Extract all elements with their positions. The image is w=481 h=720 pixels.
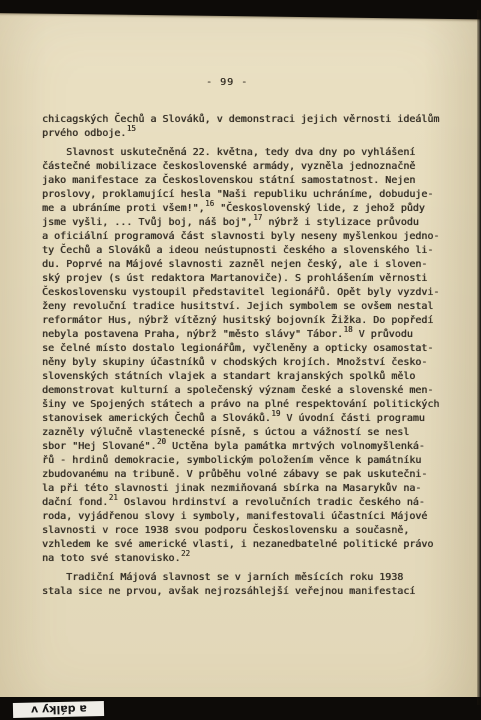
text-line: se čelné místo dostalo legionářům, vyčle… xyxy=(42,342,452,356)
footnote-ref: 15 xyxy=(127,124,136,133)
document-text: chicagských Čechů a Slováků, v demonstra… xyxy=(42,113,452,599)
text-line: nebyla postavena Praha, nýbrž "město slá… xyxy=(42,328,452,342)
text-line: Slavnost uskutečněná 22. května, tedy dv… xyxy=(42,146,452,160)
paragraph: Tradiční Májová slavnost se v jarních mě… xyxy=(42,571,452,599)
text-line: řů - hrdinů demokracie, symbolickým polo… xyxy=(42,454,452,468)
text-line: me a ubráníme proti všem!",16 "Českoslov… xyxy=(42,202,452,216)
text-line: du. Poprvé na Májové slavnosti zazněl ne… xyxy=(42,258,452,272)
text-line: ský projev (s úst redaktora Martanoviče)… xyxy=(42,272,452,286)
paper-right-edge-shadow xyxy=(477,10,481,705)
text-line: Tradiční Májová slavnost se v jarních mě… xyxy=(42,571,452,585)
text-line: prvého odboje.15 xyxy=(42,127,452,141)
text-line: jsme vyšli, ... Tvůj boj, náš boj",17 ný… xyxy=(42,216,452,230)
text-line: chicagských Čechů a Slováků, v demonstra… xyxy=(42,113,452,127)
text-line: roda, vyjádřenou slovy i symboly, manife… xyxy=(42,510,452,524)
paragraph: chicagských Čechů a Slováků, v demonstra… xyxy=(42,113,452,141)
upside-down-text: a dálky v xyxy=(30,702,86,716)
text-line: dační fond.21 Oslavou hrdinství a revolu… xyxy=(42,496,452,510)
text-line: ty Čechů a Slováků a ideou neústupnosti … xyxy=(42,244,452,258)
page-number: - 99 - xyxy=(206,77,248,88)
footnote-ref: 16 xyxy=(205,199,214,208)
text-line: stala sice ne prvou, avšak nejrozsáhlejš… xyxy=(42,585,452,599)
text-line: slavnosti v roce 1938 svou podporu Česko… xyxy=(42,524,452,538)
footnote-ref: 18 xyxy=(344,325,353,334)
footnote-ref: 22 xyxy=(181,549,190,558)
scanned-page: - 99 - chicagských Čechů a Slováků, v de… xyxy=(0,0,481,720)
text-line: jako manifestace za Československou stát… xyxy=(42,174,452,188)
footnote-ref: 17 xyxy=(253,213,262,222)
text-line: demonstrovat kulturní a společenský význ… xyxy=(42,384,452,398)
text-line: stanovisek amerických Čechů a Slováků.19… xyxy=(42,412,452,426)
text-line: zazněly výlučně vlastenecké písně, s úct… xyxy=(42,426,452,440)
footnote-ref: 19 xyxy=(271,409,280,418)
text-line: vzhledem ke své americké vlasti, i nezan… xyxy=(42,538,452,552)
text-line: něny byly skupiny účastníků v chodských … xyxy=(42,356,452,370)
text-line: reformátor Hus, nýbrž vítězný husitský b… xyxy=(42,314,452,328)
text-line: šiny ve Spojených státech a právo na pln… xyxy=(42,398,452,412)
text-line: a oficiální programová část slavnosti by… xyxy=(42,230,452,244)
text-line: ženy revoluční tradice husitství. Jejich… xyxy=(42,300,452,314)
text-line: slovenských státních vlajek a standart k… xyxy=(42,370,452,384)
footnote-ref: 21 xyxy=(109,493,118,502)
paragraph: Slavnost uskutečněná 22. května, tedy dv… xyxy=(42,146,452,566)
footnote-ref: 20 xyxy=(157,437,166,446)
paper-sheet: - 99 - chicagských Čechů a Slováků, v de… xyxy=(0,0,481,720)
upside-down-page-fragment: a dálky v xyxy=(13,701,104,718)
text-line: na toto své stanovisko.22 xyxy=(42,552,452,566)
text-line: Československu vystoupil představitel le… xyxy=(42,286,452,300)
text-line: částečné mobilizace československé armád… xyxy=(42,160,452,174)
text-line: la při této slavnosti jinak nezmiňovaná … xyxy=(42,482,452,496)
text-line: sbor "Hej Slované".20 Uctěna byla památk… xyxy=(42,440,452,454)
text-line: zbudovanému na tribuně. V průběhu volné … xyxy=(42,468,452,482)
text-line: proslovy, proklamující hesla "Naši repub… xyxy=(42,188,452,202)
